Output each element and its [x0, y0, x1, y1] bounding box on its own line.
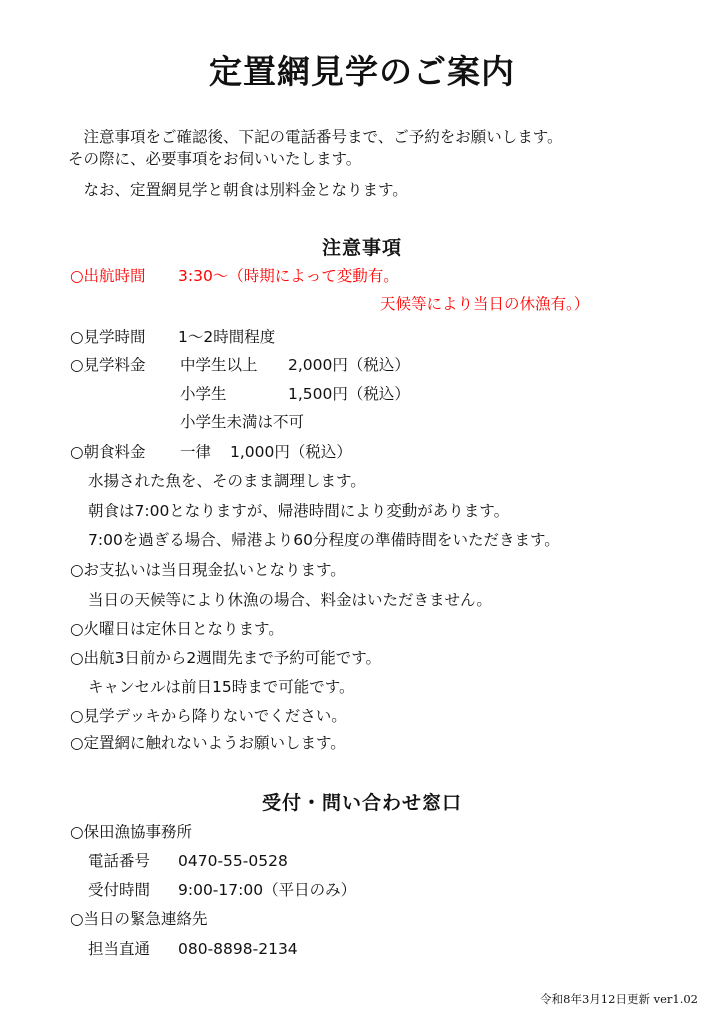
payment-subnote: 当日の天候等により休漁の場合、料金はいただきません。 [88, 590, 492, 610]
departure-value-2: 天候等により当日の休漁有。） [380, 294, 589, 314]
tour-time-label: ○見学時間 [70, 327, 146, 347]
direct-label: 担当直通 [88, 939, 150, 959]
fee-note: 小学生未満は不可 [180, 412, 304, 432]
intro-line: その際に、必要事項をお伺いいたします。 [68, 148, 562, 170]
office-name: ○保田漁協事務所 [70, 822, 192, 842]
hours-label: 受付時間 [88, 880, 150, 900]
cancellation-note: キャンセルは前日15時まで可能です。 [88, 677, 354, 697]
breakfast-fee-label: ○朝食料金 [70, 442, 146, 462]
net-note: ○定置網に触れないようお願いします。 [70, 733, 346, 753]
phone-number[interactable]: 0470-55-0528 [178, 851, 288, 871]
deck-note: ○見学デッキから降りないでください。 [70, 706, 347, 726]
breakfast-detail: 水揚された魚を、そのまま調理します。 [88, 471, 366, 491]
fee-price: 2,000円（税込） [288, 355, 410, 375]
departure-label: ○出航時間 [70, 266, 146, 286]
breakfast-detail: 朝食は7:00となりますが、帰港時間により変動があります。 [88, 501, 509, 521]
phone-label: 電話番号 [88, 851, 150, 871]
notes-heading: 注意事項 [0, 233, 724, 260]
breakfast-detail: 7:00を過ぎる場合、帰港より60分程度の準備時間をいただきます。 [88, 530, 560, 550]
breakfast-price: 1,000円（税込） [230, 442, 352, 462]
payment-note: ○お支払いは当日現金払いとなります。 [70, 560, 346, 580]
tour-fee-label: ○見学料金 [70, 355, 146, 375]
fee-price: 1,500円（税込） [288, 384, 410, 404]
tour-time-value: 1～2時間程度 [178, 327, 275, 347]
emergency-label: ○当日の緊急連絡先 [70, 909, 208, 929]
intro-text: 注意事項をご確認後、下記の電話番号まで、ご予約をお願いします。 その際に、必要事… [68, 126, 562, 201]
contact-heading: 受付・問い合わせ窓口 [0, 788, 724, 815]
intro-line: 注意事項をご確認後、下記の電話番号まで、ご予約をお願いします。 [68, 126, 562, 148]
intro-line: なお、定置網見学と朝食は別料金となります。 [68, 179, 562, 201]
page-title: 定置網見学のご案内 [0, 46, 724, 93]
reservation-note: ○出航3日前から2週間先まで予約可能です。 [70, 648, 381, 668]
update-footer: 令和8年3月12日更新 ver1.02 [540, 991, 698, 1007]
breakfast-category: 一律 [180, 442, 211, 462]
fee-category: 小学生 [180, 384, 227, 404]
direct-number[interactable]: 080-8898-2134 [178, 939, 298, 959]
fee-category: 中学生以上 [180, 355, 258, 375]
hours-value: 9:00-17:00（平日のみ） [178, 880, 356, 900]
departure-value: 3:30～（時期によって変動有。 [178, 266, 399, 286]
closed-day-note: ○火曜日は定休日となります。 [70, 619, 284, 639]
